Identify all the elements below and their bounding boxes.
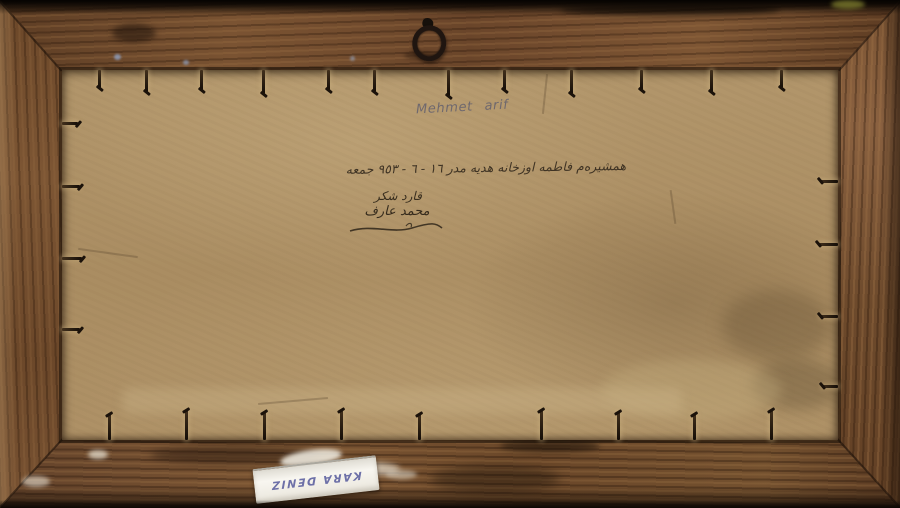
nail xyxy=(710,70,713,92)
signature-flourish xyxy=(346,220,446,236)
backing-stain xyxy=(722,290,832,360)
photo-top-dark-edge xyxy=(0,0,900,14)
nail xyxy=(340,410,343,440)
nail xyxy=(780,70,783,88)
frame-left-rail xyxy=(0,0,62,508)
nail xyxy=(820,315,838,318)
nail xyxy=(640,70,643,90)
nail xyxy=(820,180,838,183)
background-foliage-spot xyxy=(831,0,865,9)
hanging-ring xyxy=(408,14,446,57)
nail xyxy=(447,70,450,96)
backing-crease xyxy=(78,248,138,258)
nail xyxy=(98,70,101,88)
nail xyxy=(418,414,421,440)
frame-right-rail xyxy=(838,0,900,508)
faint-pencil-mark xyxy=(656,350,684,357)
nail xyxy=(62,122,78,125)
nail xyxy=(617,412,620,440)
backing-crease xyxy=(670,190,676,224)
nail xyxy=(62,185,80,188)
nail xyxy=(327,70,330,90)
nail xyxy=(262,70,265,94)
backing-light-band xyxy=(122,388,682,414)
nail xyxy=(62,257,82,260)
nail xyxy=(770,410,773,440)
nail xyxy=(540,410,543,440)
frame-bottom-rail xyxy=(0,436,900,508)
nail xyxy=(200,70,203,90)
backing-crease xyxy=(258,397,328,405)
nail xyxy=(570,70,573,94)
nail xyxy=(373,70,376,92)
nail xyxy=(693,414,696,440)
nail xyxy=(62,328,80,331)
label-text: KARA DENIZ xyxy=(270,469,361,492)
nail xyxy=(822,385,838,388)
nail xyxy=(185,410,188,440)
photo-back-of-framed-painting: Mehmet arif همشيره‌م فاطمه اوزخانه هديه … xyxy=(0,0,900,508)
photo-bottom-dark-edge xyxy=(0,500,900,508)
nail xyxy=(263,412,266,440)
nail xyxy=(503,70,506,90)
ottoman-signature-line-1: قارد شكر xyxy=(352,189,444,203)
nail xyxy=(108,414,111,440)
nail xyxy=(818,243,838,246)
nail xyxy=(145,70,148,92)
backing-board xyxy=(62,70,838,440)
ottoman-signature-line-2: محمد عارف xyxy=(350,204,444,219)
backing-water-stain xyxy=(602,360,782,420)
backing-crease xyxy=(542,74,548,114)
